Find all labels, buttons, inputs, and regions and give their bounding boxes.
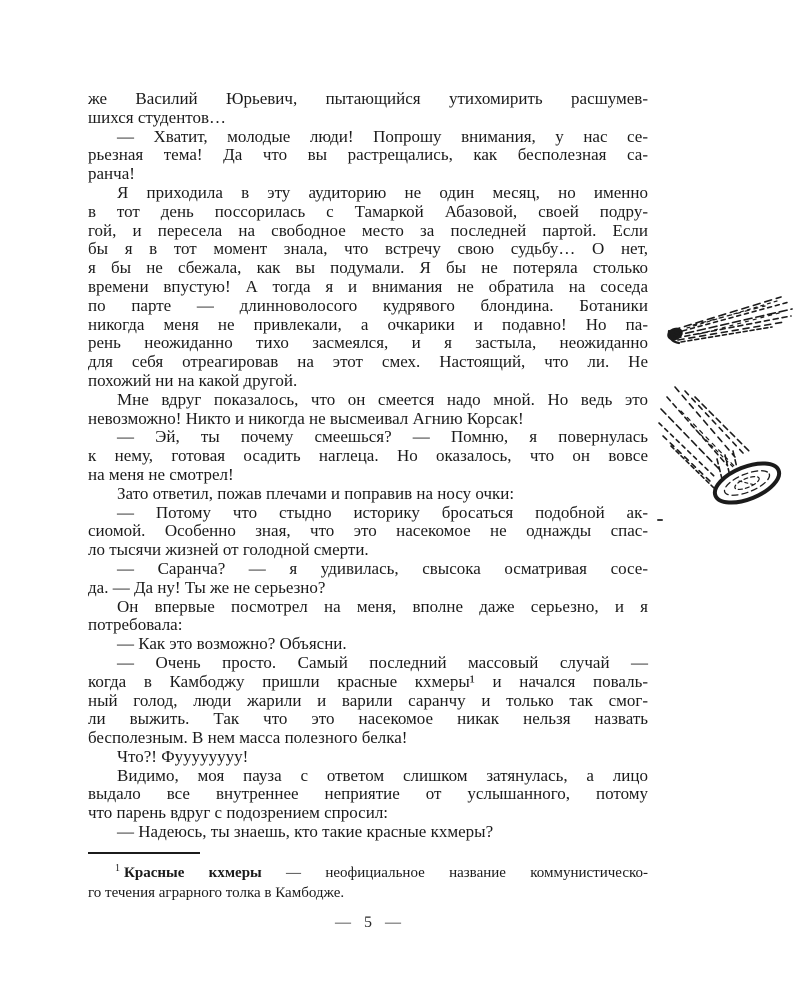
paragraph: — Саранча? — я удивилась, свысока осматр… <box>88 560 648 598</box>
text-line: по парте — длинноволосого кудрявого блон… <box>88 297 648 316</box>
text-line: ли выжить. Так что это насекомое никак н… <box>88 710 648 729</box>
paragraph: Я приходила в эту аудиторию не один меся… <box>88 184 648 391</box>
text-line: гой, и пересела на свободное место за по… <box>88 222 648 241</box>
paragraph: — Хватит, молодые люди! Попрошу внимания… <box>88 128 648 184</box>
paragraph: — Очень просто. Самый последний массовый… <box>88 654 648 748</box>
text-line: бесполезным. В нем масса полезного белка… <box>88 729 648 748</box>
text-line: на меня не смотрел! <box>88 466 648 485</box>
text-line: — Потому что стыдно историку бросаться п… <box>88 504 648 523</box>
text-line: Мне вдруг показалось, что он смеется над… <box>88 391 648 410</box>
text-line: потребовала: <box>88 616 648 635</box>
text-line: да. — Да ну! Ты же не серьезно? <box>88 579 648 598</box>
text-line: шихся студентов… <box>88 109 648 128</box>
text-line: Видимо, моя пауза с ответом слишком затя… <box>88 767 648 786</box>
footnote-text-continued: го течения аграрного толка в Камбодже. <box>88 884 648 904</box>
body-text: же Василий Юрьевич, пытающийся утихомири… <box>88 90 648 842</box>
stray-ink-mark <box>657 519 663 521</box>
text-line: никогда меня не привлекали, а очкарики и… <box>88 316 648 335</box>
footnote-divider <box>88 852 200 854</box>
text-line: бы я в тот момент знала, что встречу сво… <box>88 240 648 259</box>
paragraph: Видимо, моя пауза с ответом слишком затя… <box>88 767 648 823</box>
paragraph: Мне вдруг показалось, что он смеется над… <box>88 391 648 429</box>
paragraph: Что?! Фуууууууу! <box>88 748 648 767</box>
text-line: рьезная тема! Да что вы растрещались, ка… <box>88 146 648 165</box>
text-line: к нему, готовая осадить наглеца. Но оказ… <box>88 447 648 466</box>
page-number: — 5 — <box>88 914 648 932</box>
text-line: невозможно! Никто и никогда не высмеивал… <box>88 410 648 429</box>
text-line: выдало все внутреннее неприятие от услыш… <box>88 785 648 804</box>
footnote-definition: — неофициальное название коммунистическо… <box>262 865 648 881</box>
paragraph: Он впервые посмотрел на меня, вполне даж… <box>88 598 648 636</box>
ink-sketch-cylinder-top-icon <box>663 285 797 355</box>
paragraph: — Потому что стыдно историку бросаться п… <box>88 504 648 560</box>
paragraph: — Эй, ты почему смеешься? — Помню, я пов… <box>88 428 648 484</box>
ink-sketch-log-bottom-icon <box>655 381 787 507</box>
text-line: Зато ответил, пожав плечами и поправив н… <box>88 485 648 504</box>
text-line: ло тысячи жизней от голодной смерти. <box>88 541 648 560</box>
footnote-text: 1Красные кхмеры — неофициальное название… <box>88 859 648 884</box>
text-line: — Эй, ты почему смеешься? — Помню, я пов… <box>88 428 648 447</box>
text-line: времени впустую! А тогда я и внимания не… <box>88 278 648 297</box>
text-line: я бы не сбежала, как вы подумали. Я бы н… <box>88 259 648 278</box>
text-line: в тот день поссорилась с Тамаркой Абазов… <box>88 203 648 222</box>
footnote: 1Красные кхмеры — неофициальное название… <box>88 852 648 903</box>
footnote-term: Красные кхмеры <box>124 865 262 881</box>
text-line: — Очень просто. Самый последний массовый… <box>88 654 648 673</box>
text-line: когда в Камбоджу пришли красные кхмеры¹ … <box>88 673 648 692</box>
paragraph: — Надеюсь, ты знаешь, кто такие красные … <box>88 823 648 842</box>
text-line: ранча! <box>88 165 648 184</box>
text-line: сиомой. Особенно зная, что это насекомое… <box>88 522 648 541</box>
text-line: — Саранча? — я удивилась, свысока осматр… <box>88 560 648 579</box>
paragraph: — Как это возможно? Объясни. <box>88 635 648 654</box>
paragraph: Зато ответил, пожав плечами и поправив н… <box>88 485 648 504</box>
text-line: ный голод, люди жарили и варили саранчу … <box>88 692 648 711</box>
book-page: же Василий Юрьевич, пытающийся утихомири… <box>0 0 800 1000</box>
text-line: — Надеюсь, ты знаешь, кто такие красные … <box>88 823 648 842</box>
text-line: Он впервые посмотрел на меня, вполне даж… <box>88 598 648 617</box>
text-line: рень неожиданно тихо засмеялся, и я заст… <box>88 334 648 353</box>
footnote-marker: 1 <box>115 863 120 874</box>
text-line: Я приходила в эту аудиторию не один меся… <box>88 184 648 203</box>
text-line: для себя отреагировав на этот смех. Наст… <box>88 353 648 372</box>
text-line: Что?! Фуууууууу! <box>88 748 648 767</box>
text-line: — Хватит, молодые люди! Попрошу внимания… <box>88 128 648 147</box>
text-line: — Как это возможно? Объясни. <box>88 635 648 654</box>
text-line: что парень вдруг с подозрением спросил: <box>88 804 648 823</box>
text-line: же Василий Юрьевич, пытающийся утихомири… <box>88 90 648 109</box>
text-line: похожий ни на какой другой. <box>88 372 648 391</box>
paragraph: же Василий Юрьевич, пытающийся утихомири… <box>88 90 648 128</box>
